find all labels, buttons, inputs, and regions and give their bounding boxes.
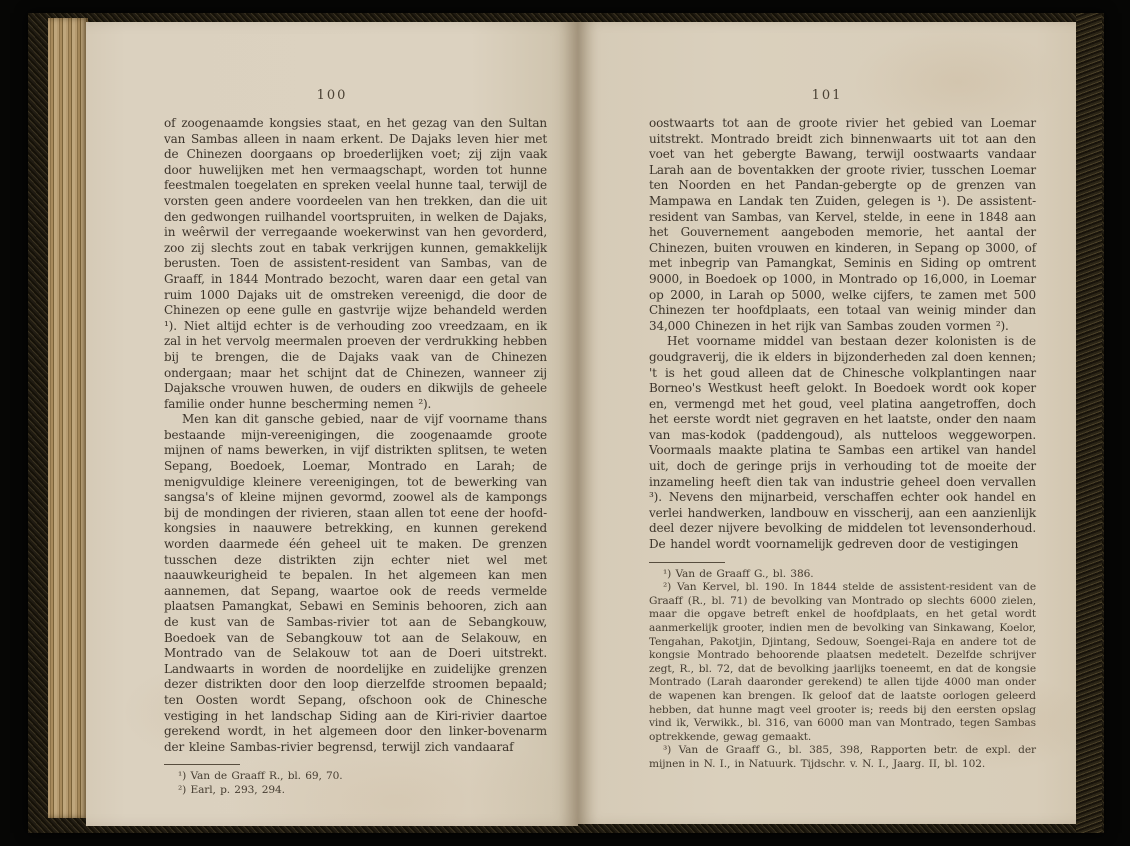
right-page-footnotes: ¹) Van de Graaff G., bl. 386. ²) Van Ker… (649, 568, 1036, 772)
book-cover-right-edge (1076, 13, 1102, 833)
footnote-rule (649, 562, 725, 563)
page-number-left: 100 (86, 88, 578, 103)
footnote: ²) Van Kervel, bl. 190. In 1844 stelde d… (649, 581, 1036, 744)
paragraph: Het voorname middel van bestaan dezer ko… (649, 334, 1036, 552)
book-scan: 100 of zoogenaamde kongsies staat, en he… (0, 0, 1130, 846)
footnote: ¹) Van de Graaff R., bl. 69, 70. (164, 770, 547, 784)
left-page-text: of zoogenaamde kongsies staat, en het ge… (164, 116, 547, 755)
paragraph: oostwaarts tot aan de groote rivier het … (649, 116, 1036, 334)
page-number-right: 101 (578, 88, 1076, 103)
right-page-text: oostwaarts tot aan de groote rivier het … (649, 116, 1036, 553)
page-edge-stack (48, 18, 88, 818)
paragraph: Men kan dit gansche gebied, naar de vijf… (164, 412, 547, 755)
footnote: ¹) Van de Graaff G., bl. 386. (649, 568, 1036, 582)
left-page: 100 of zoogenaamde kongsies staat, en he… (86, 22, 578, 826)
right-page: 101 oostwaarts tot aan de groote rivier … (578, 22, 1076, 824)
footnote: ²) Earl, p. 293, 294. (164, 784, 547, 798)
footnote-rule (164, 764, 240, 765)
footnote: ³) Van de Graaff G., bl. 385, 398, Rappo… (649, 744, 1036, 771)
paragraph: of zoogenaamde kongsies staat, en het ge… (164, 116, 547, 412)
left-page-footnotes: ¹) Van de Graaff R., bl. 69, 70. ²) Earl… (164, 770, 547, 797)
